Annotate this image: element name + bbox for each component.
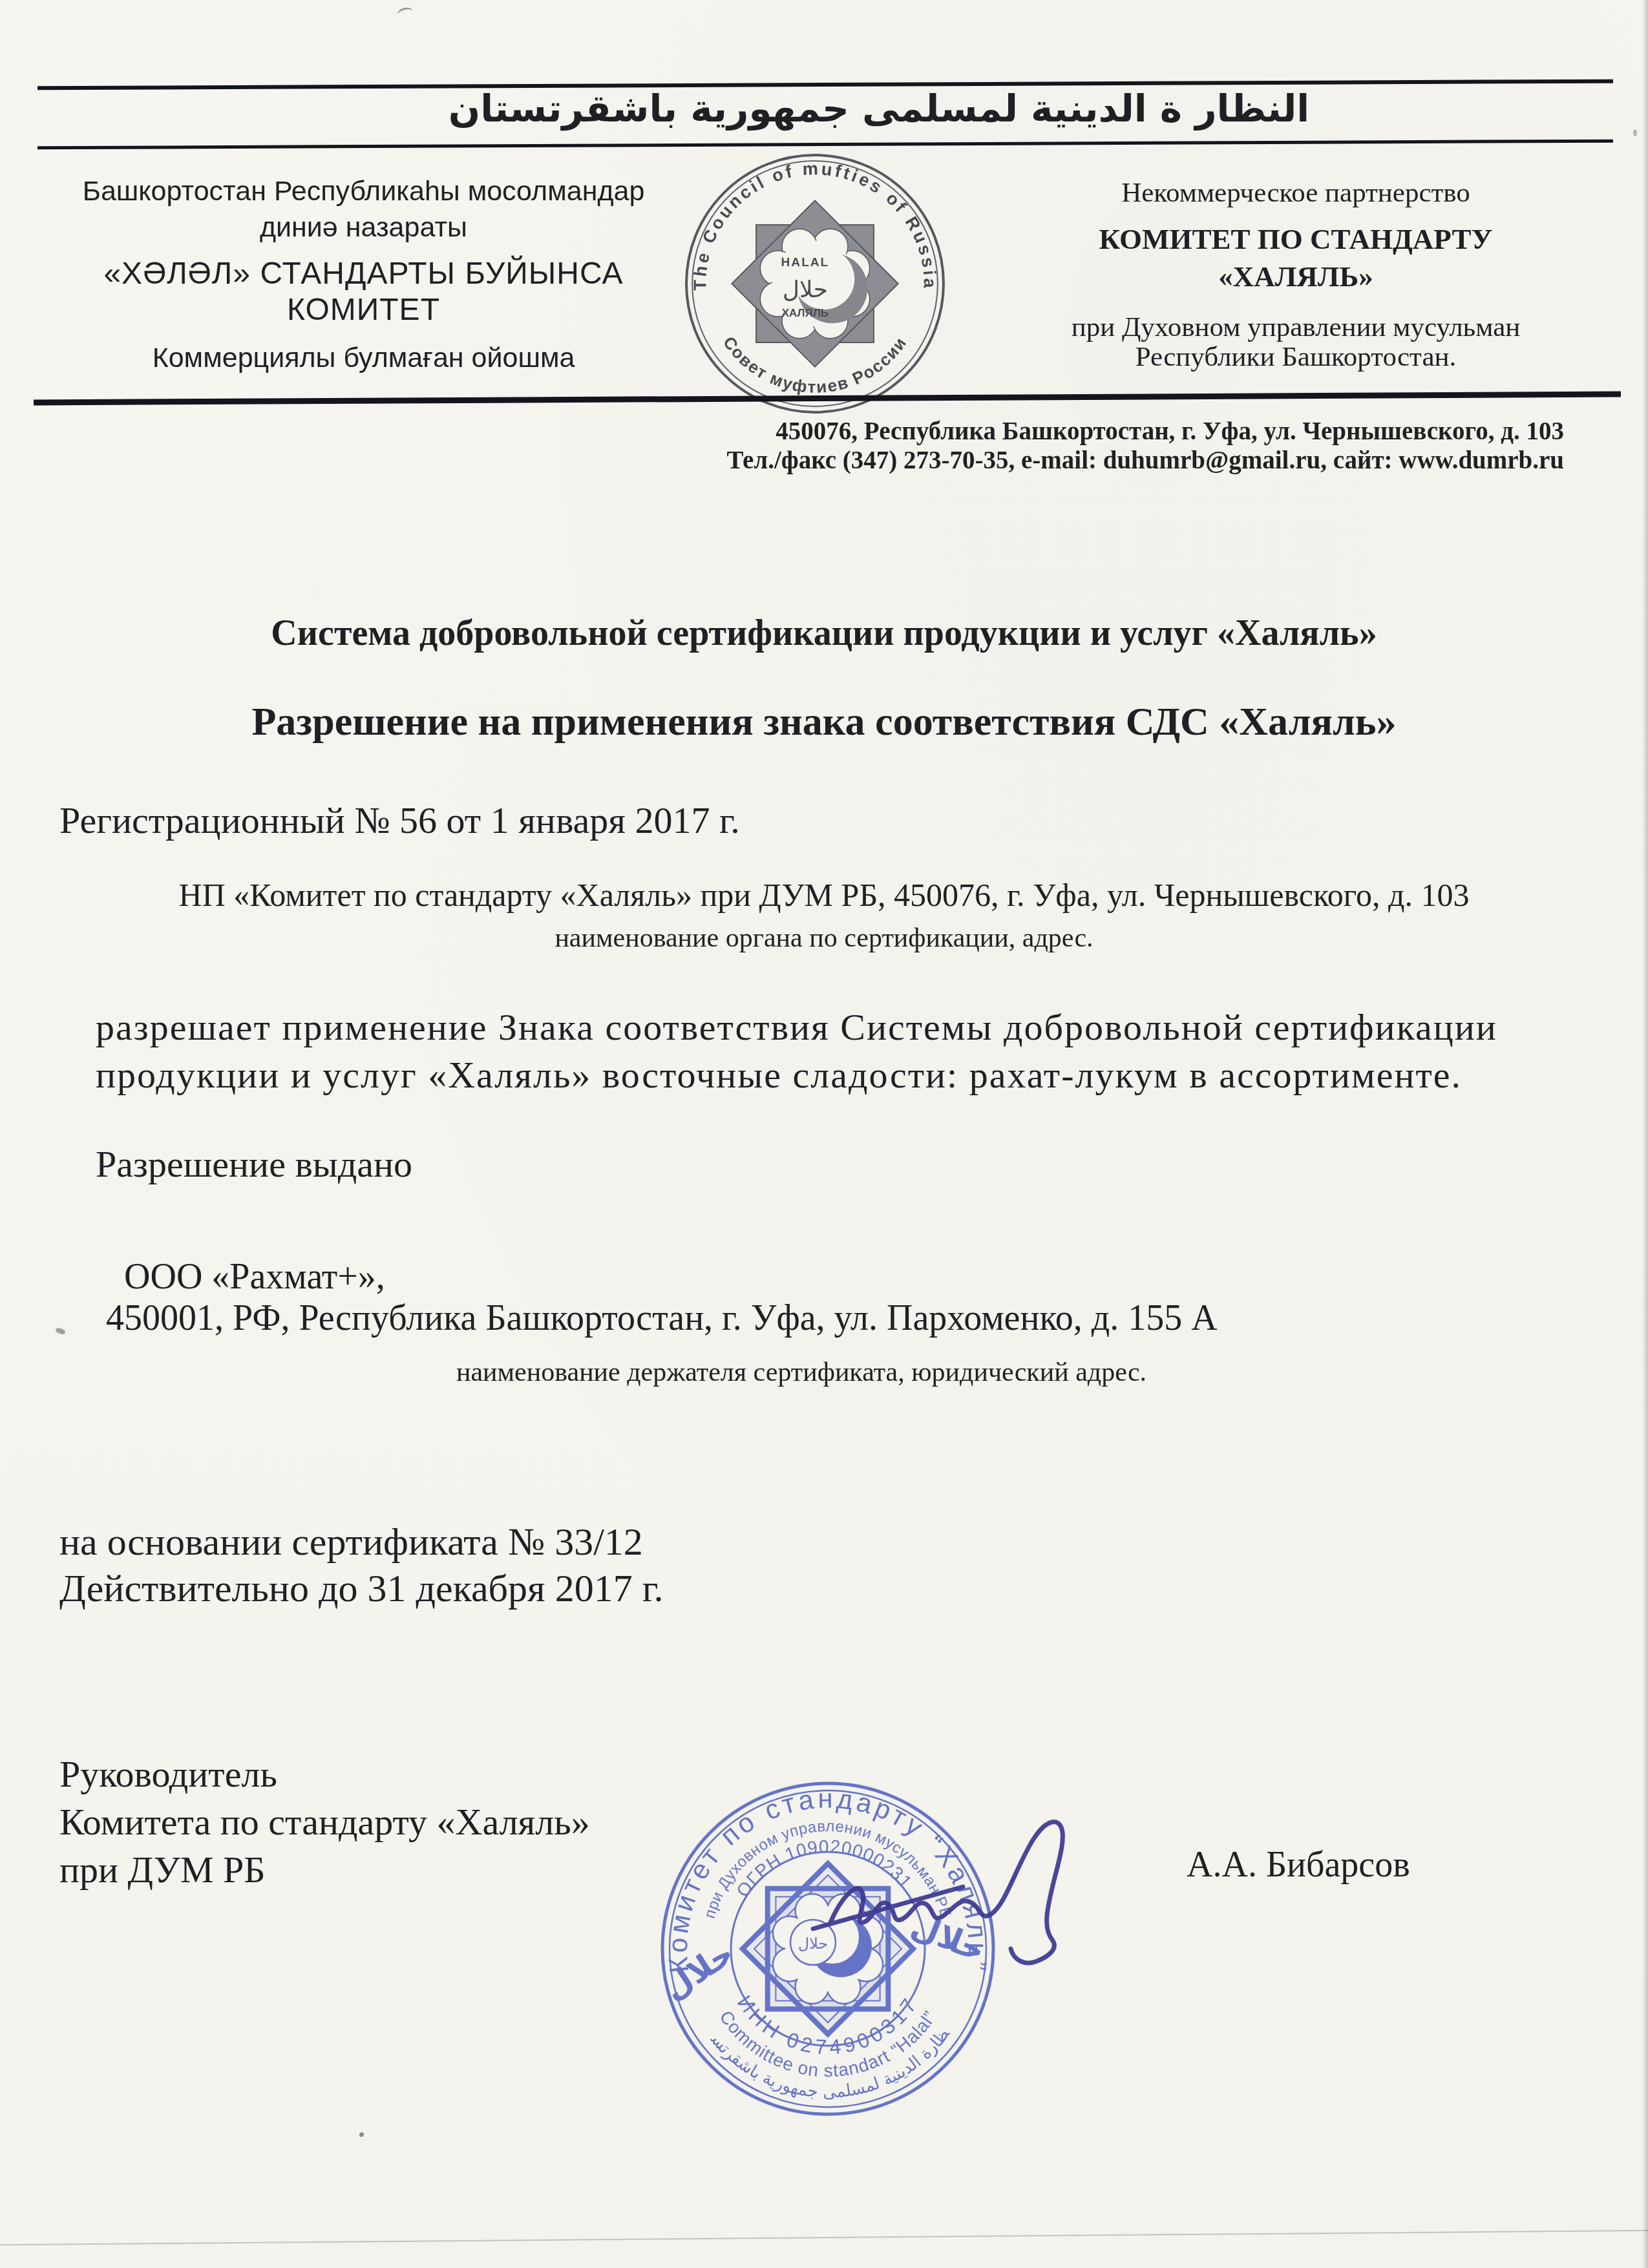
org-contacts-line: Тел./факс (347) 273-70-35, e-mail: duhum… (582, 446, 1564, 475)
permit-title: Разрешение на применения знака соответст… (0, 699, 1648, 745)
holder-caption: наименование держателя сертификата, юрид… (0, 1357, 1603, 1388)
masthead-right-line1: Некоммерческое партнерство (989, 177, 1603, 209)
seal-halal-latin: HALAL (781, 256, 830, 269)
certificate-basis-line: на основании сертификата № 33/12 (59, 1520, 643, 1564)
permit-issued-label: Разрешение выдано (96, 1142, 412, 1186)
seal-halal-arabic: حلال (783, 275, 828, 303)
masthead-left-line4: КОМИТЕТ (45, 292, 682, 328)
grant-paragraph-line1: разрешает применение Знака соответствия … (96, 1005, 1497, 1049)
scan-speck-top (396, 6, 414, 20)
signer-title-line3: при ДУМ РБ (59, 1848, 266, 1891)
masthead-right-line3: «ХАЛЯЛЬ» (989, 260, 1603, 293)
holder-address-line: 450001, РФ, Республика Башкортостан, г. … (106, 1297, 1218, 1339)
masthead-left-line5: Коммерциялы булмаған ойошма (45, 342, 682, 374)
certification-body-caption: наименование органа по сертификации, адр… (0, 923, 1648, 954)
masthead-right-line2: КОМИТЕТ ПО СТАНДАРТУ (989, 222, 1603, 256)
signer-name: А.А. Бибарсов (1187, 1844, 1410, 1885)
signer-title-line1: Руководитель (59, 1752, 277, 1796)
scan-bottom-edge-line (0, 2230, 1648, 2245)
masthead-left-line1: Башкортостан Республикаһы мосолмандар (45, 176, 682, 207)
scan-speck-bottom (359, 2132, 364, 2137)
handwritten-signature (795, 1790, 1131, 2003)
signer-title-line2: Комитета по стандарту «Халяль» (59, 1800, 590, 1843)
grant-paragraph-line2: продукции и услуг «Халяль» восточные сла… (96, 1053, 1462, 1097)
council-of-mufties-seal: HALAL حلال ХАЛЯЛЬ The Council of mufties… (682, 151, 948, 417)
masthead-right-line5: Республики Башкортостан. (989, 341, 1603, 373)
scan-speck-left-margin (55, 1327, 66, 1336)
org-address-line: 450076, Республика Башкортостан, г. Уфа,… (582, 417, 1564, 446)
top-rule-lower (37, 140, 1613, 150)
scan-speck-right-edge (1633, 129, 1637, 136)
masthead-left-line3: «ХӘЛӘЛ» СТАНДАРТЫ БУЙЫНСА (45, 256, 682, 291)
certification-body-line: НП «Комитет по стандарту «Халяль» при ДУ… (0, 876, 1648, 914)
masthead-right-line4: при Духовном управлении мусульман (989, 311, 1603, 343)
certification-system-title: Система добровольной сертификации продук… (0, 613, 1648, 654)
arabic-masthead-title: النظار ة الدينية لمسلمى جمهورية باشقرتست… (110, 87, 1648, 131)
seal-halal-cyrillic: ХАЛЯЛЬ (782, 307, 829, 319)
registration-number-line: Регистрационный № 56 от 1 января 2017 г. (59, 799, 740, 842)
validity-line: Действительно до 31 декабря 2017 г. (59, 1566, 663, 1611)
holder-name-line: ООО «Рахмат+», (124, 1256, 385, 1297)
scan-right-edge-shadow (1642, 0, 1648, 2268)
scanned-certificate-page: النظار ة الدينية لمسلمى جمهورية باشقرتست… (0, 0, 1648, 2268)
masthead-left-line2: диниә назараты (45, 212, 682, 244)
